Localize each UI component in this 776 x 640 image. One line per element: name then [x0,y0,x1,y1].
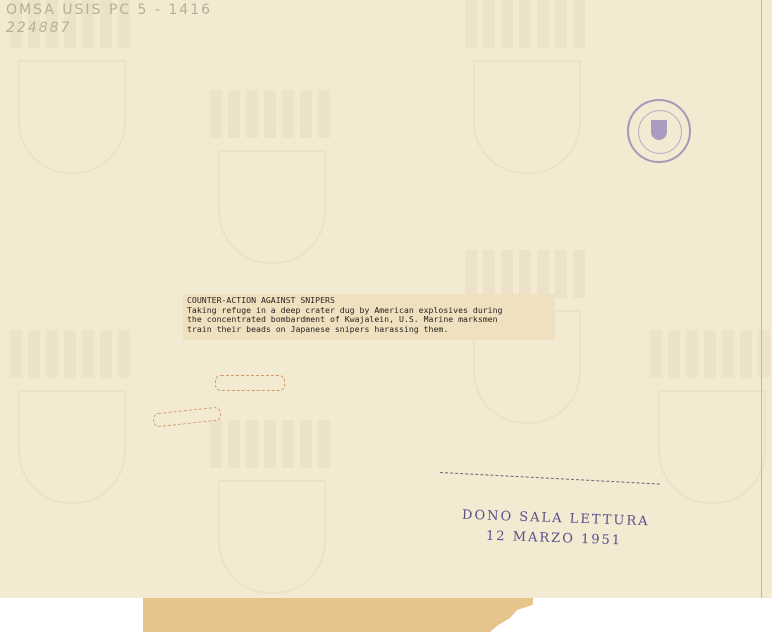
watermark-crest [200,90,340,260]
watermark-crest [200,420,340,590]
watermark-crest [640,330,776,500]
handwritten-number: 224887 [6,20,71,36]
donation-stamp-line1: DONO SALA LETTURA [462,508,650,530]
pencil-crop-mark [215,375,285,391]
shield-icon [651,120,667,140]
torn-backing-strip [143,598,533,632]
paper-sheet: OMSA USIS PC 5 - 1416 224887 COUNTER-ACT… [0,0,772,598]
circular-seal-stamp [627,99,691,163]
caption-strip: COUNTER-ACTION AGAINST SNIPERS Taking re… [183,294,555,340]
watermark-crest [455,0,595,170]
donation-stamp-date: 12 MARZO 1951 [486,529,623,549]
handwritten-reference: OMSA USIS PC 5 - 1416 [6,2,212,18]
dashed-line [440,472,660,485]
caption-line: train their beads on Japanese snipers ha… [187,325,551,335]
watermark-crest [0,330,140,500]
paper-fold-edge [761,0,762,598]
